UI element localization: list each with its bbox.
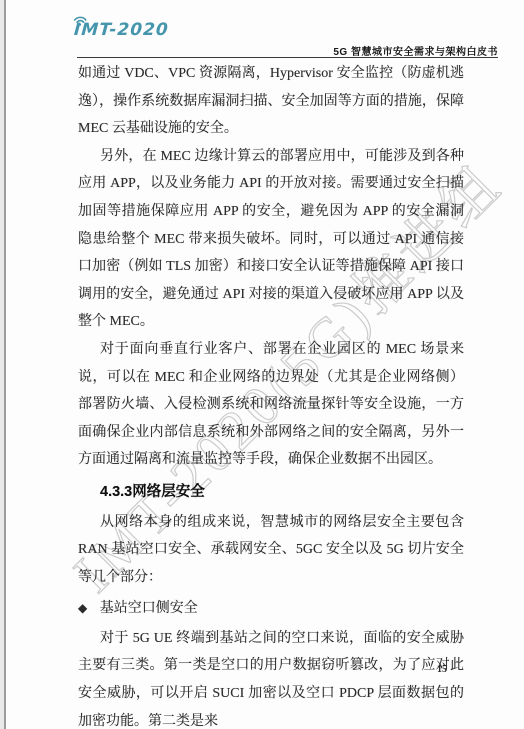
paragraph-mec-app-api: 另外，在 MEC 边缘计算云的部署应用中，可能涉及到各种应用 APP，以及业务能… bbox=[78, 143, 464, 336]
page-body: 如通过 VDC、VPC 资源隔离，Hypervisor 安全监控（防虚机逃逸），… bbox=[78, 60, 464, 729]
bullet-item-air-interface: ◆ 基站空口侧安全 bbox=[78, 595, 464, 623]
diamond-bullet-icon: ◆ bbox=[78, 601, 87, 615]
wifi-arcs-icon bbox=[72, 11, 89, 31]
section-heading-4-3-3: 4.3.3网络层安全 bbox=[78, 479, 464, 507]
scan-edge-line bbox=[4, 0, 6, 729]
paragraph-mec-cloud: 如通过 VDC、VPC 资源隔离，Hypervisor 安全监控（防虚机逃逸），… bbox=[78, 60, 464, 143]
bullet-item-label: 基站空口侧安全 bbox=[100, 601, 198, 616]
page-number: 15 bbox=[437, 664, 447, 675]
paragraph-network-layer-intro: 从网络本身的组成来说，智慧城市的网络层安全主要包含 RAN 基站空口安全、承载网… bbox=[78, 509, 464, 592]
paragraph-enterprise-campus: 对于面向垂直行业客户、部署在企业园区的 MEC 场景来说，可以在 MEC 和企业… bbox=[78, 336, 464, 474]
imt-2020-logo: IMT-2020 bbox=[73, 20, 169, 40]
document-page: IMT-2020(5G)推进组 IMT-2020 5G 智慧城市安全需求与架构白… bbox=[0, 0, 524, 729]
header-title: 5G 智慧城市安全需求与架构白皮书 bbox=[333, 43, 498, 58]
header-rule bbox=[77, 57, 498, 58]
paragraph-air-interface-threats: 对于 5G UE 终端到基站之间的空口来说，面临的安全威胁主要有三类。第一类是空… bbox=[78, 625, 464, 729]
